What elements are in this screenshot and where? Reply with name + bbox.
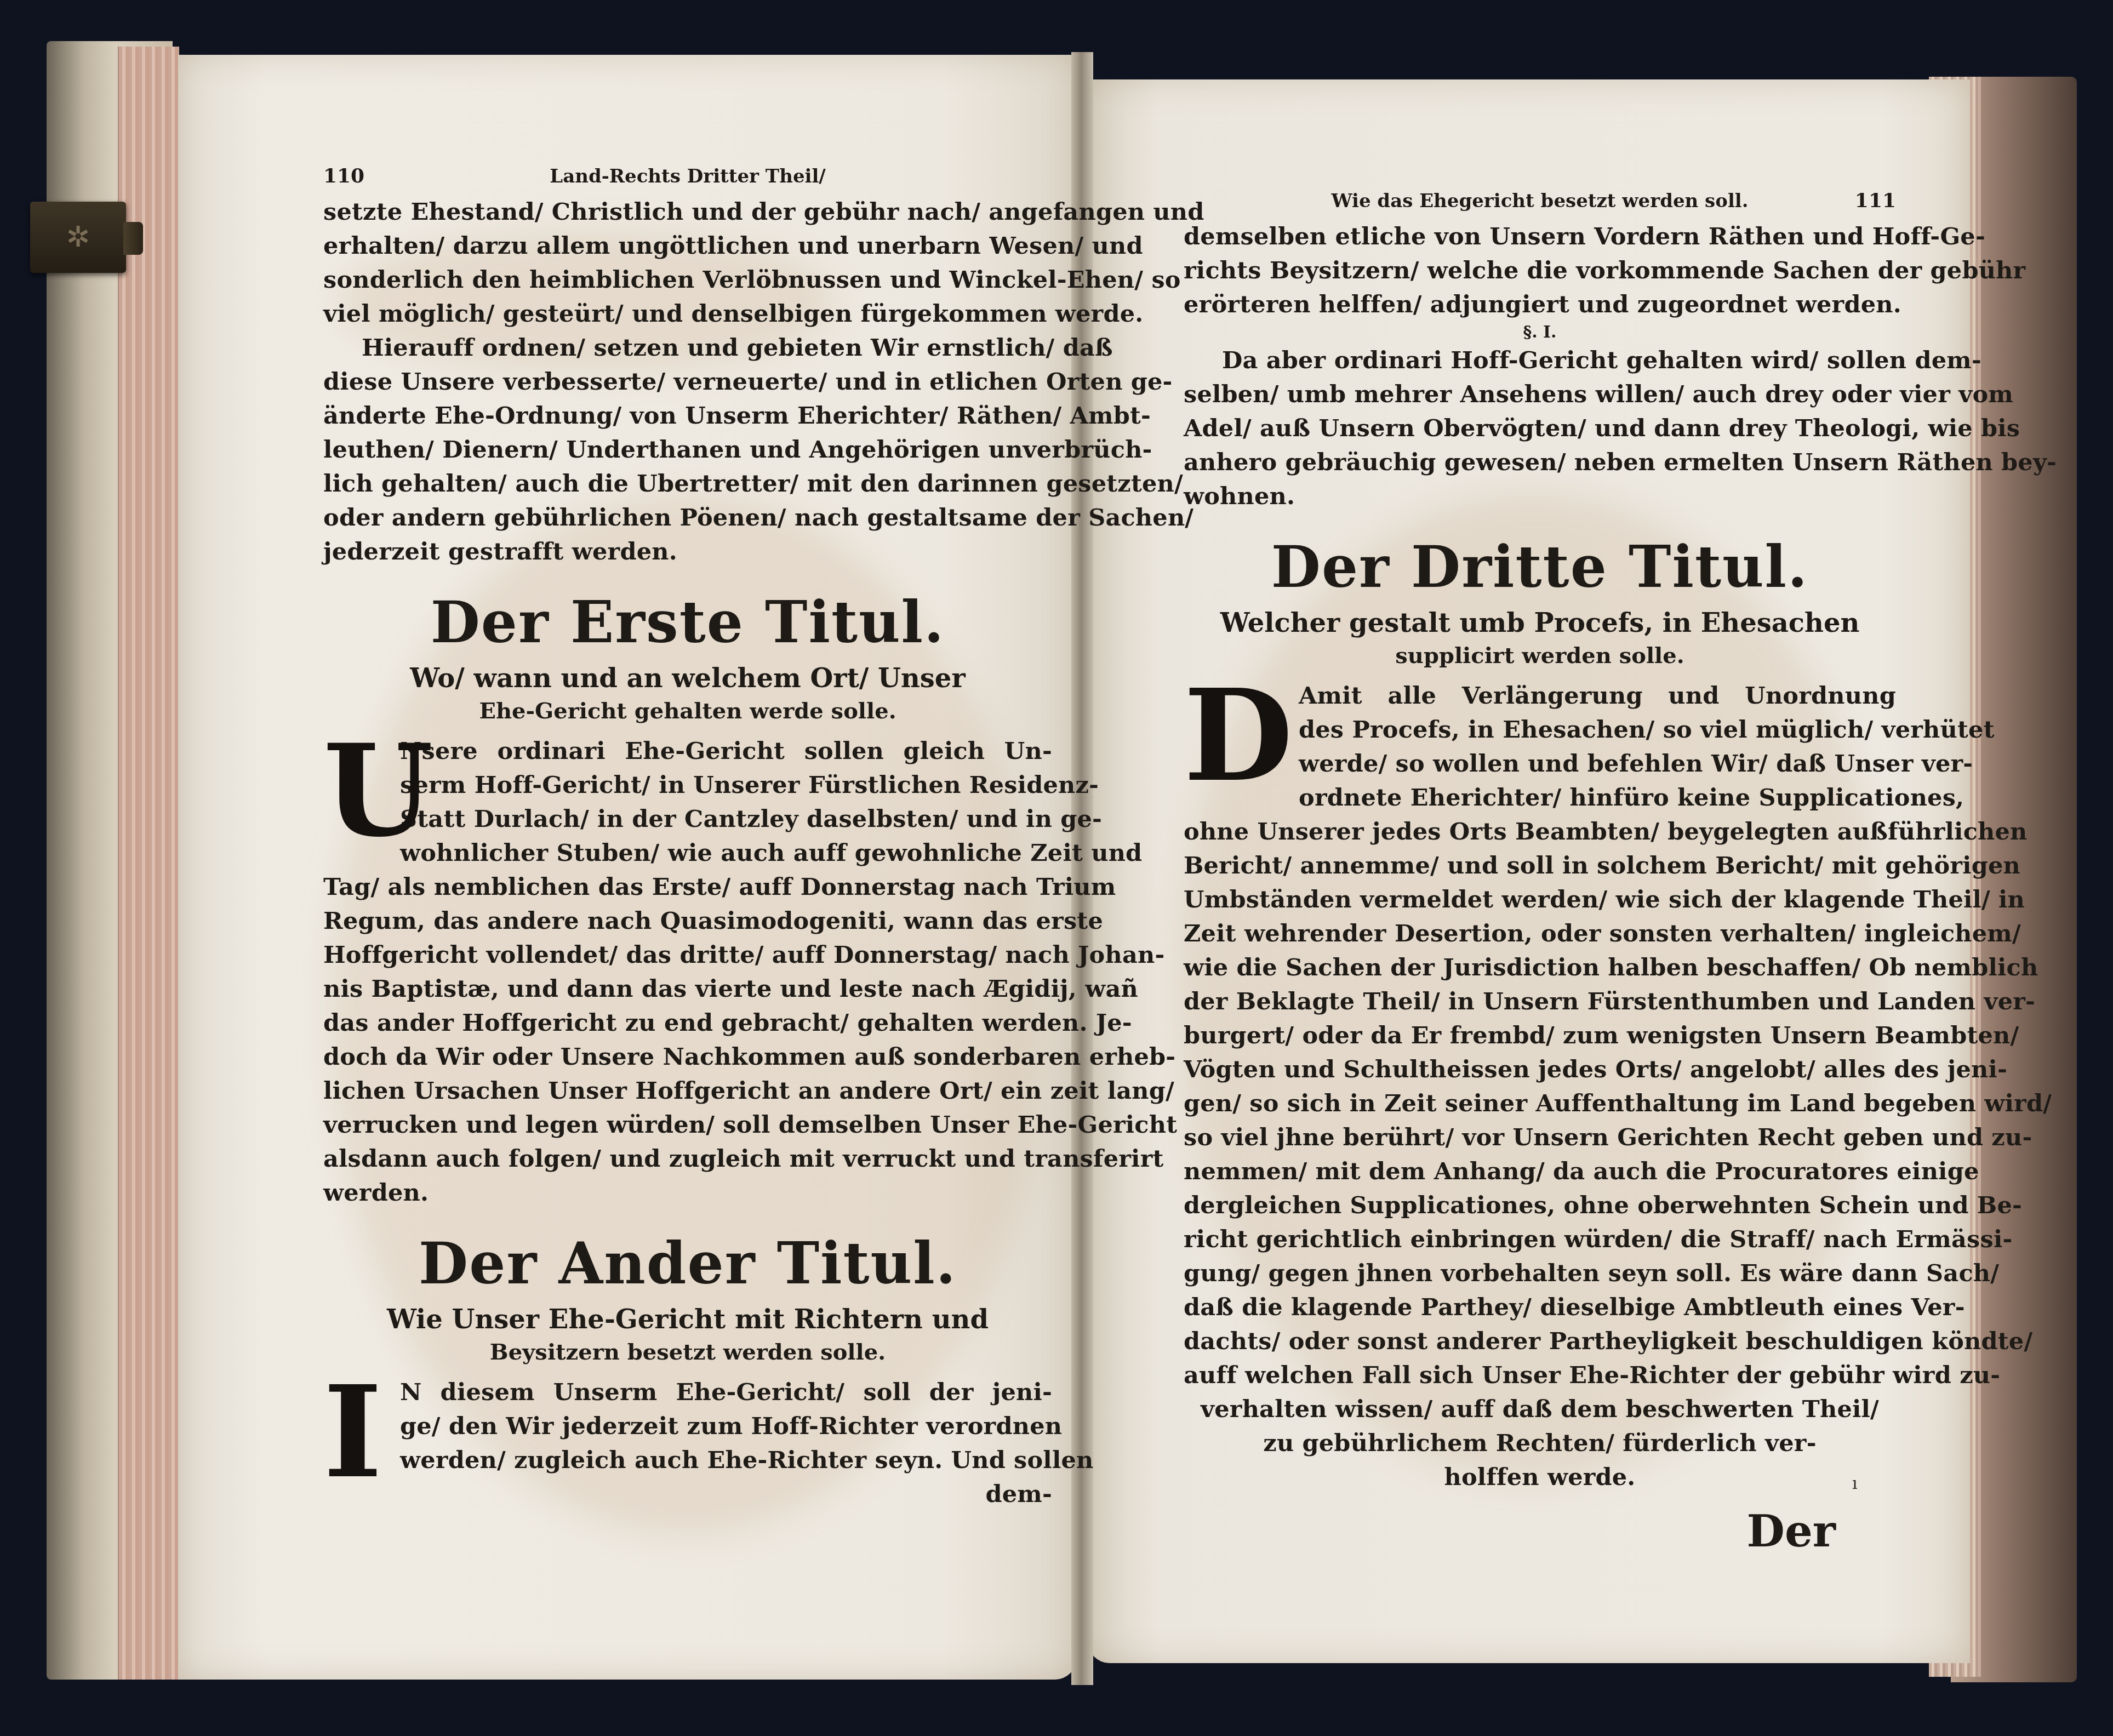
text-line: Regum, das andere nach Quasimodogeniti, … [323,904,1052,938]
text-line: Adel/ auß Unsern Obervögten/ und dann dr… [1184,412,1896,446]
drop-capital: U [323,736,433,846]
section-heading-dritte-titul: Der Dritte Titul. [1184,529,1896,606]
decree-paragraph: Hierauff ordnen/ setzen und gebieten Wir… [323,331,1052,569]
ander-titul-body: I N diesem Unserm Ehe-Gericht/ soll der … [323,1375,1052,1511]
text-line: ge/ den Wir jederzeit zum Hoff-Richter v… [323,1409,1052,1443]
section-heading-erste-titul: Der Erste Titul. [323,584,1052,661]
running-head: Wie das Ehegericht besetzt werden soll. [1225,190,1855,212]
catchword: dem- [323,1477,1052,1511]
text-line: werden. [323,1176,1052,1210]
text-line: nemmen/ mit dem Anhang/ da auch die Proc… [1184,1155,1896,1189]
text-line: Vögten und Schultheissen jedes Orts/ ang… [1184,1053,1896,1087]
page-number: 110 [323,164,364,187]
section-one-paragraph: Da aber ordinari Hoff-Gericht gehalten w… [1184,344,1896,513]
left-page-text: 110 Land-Rechts Dritter Theil/ 000 setzt… [323,164,1052,1511]
page-number: 111 [1855,189,1896,212]
text-line: dergleichen Supplicationes, ohne oberweh… [1184,1189,1896,1223]
text-line: Zeit wehrender Desertion, oder sonsten v… [1184,917,1896,951]
continuation-paragraph: demselben etliche von Unsern Vordern Rät… [1184,220,1896,322]
paragraph-mark: §. I. [1184,322,1896,344]
text-line: richt gerichtlich einbringen würden/ die… [1184,1223,1896,1257]
text-line: erhalten/ darzu allem ungöttlichen und u… [323,229,1052,263]
text-line: so viel jhne berührt/ vor Unsern Gericht… [1184,1121,1896,1155]
text-line: burgert/ oder da Er frembd/ zum wenigste… [1184,1019,1896,1053]
text-line: gen/ so sich in Zeit seiner Auffenthaltu… [1184,1087,1896,1121]
clasp-tab [123,222,143,255]
text-line: der Beklagte Theil/ in Unsern Fürstenthu… [1184,985,1896,1019]
text-line: lichen Ursachen Unser Hoffgericht an and… [323,1074,1052,1108]
dritte-titul-body: D Amit alle Verlängerung und Unordnung d… [1184,679,1896,1494]
text-line: daß die klagende Parthey/ dieselbige Amb… [1184,1290,1896,1324]
text-line: jederzeit gestrafft werden. [323,535,1052,569]
open-book-photo: ✲ 110 Land-Rechts Dritter Theil/ 000 set… [0,0,2113,1736]
section-subtitle: Wie Unser Ehe-Gericht mit Richtern und [323,1302,1052,1337]
clasp-flower-icon: ✲ [30,202,126,273]
text-line: auff welchen Fall sich Unser Ehe-Richter… [1184,1358,1896,1392]
section-subtitle: Wo/ wann und an welchem Ort/ Unser [323,661,1052,696]
section-subtitle: Welcher gestalt umb Procefs, in Ehesache… [1184,606,1896,641]
running-head: Land-Rechts Dritter Theil/ [364,165,1011,187]
catchword: Der [1184,1505,1896,1557]
text-line: demselben etliche von Unsern Vordern Rät… [1184,220,1896,254]
text-line: wie die Sachen der Jurisdiction halben b… [1184,951,1896,985]
text-line: Da aber ordinari Hoff-Gericht gehalten w… [1184,344,1896,378]
text-line: richts Beysitzern/ welche die vorkommend… [1184,254,1896,288]
text-line: holffen werde. [1184,1460,1896,1494]
section-subtitle: Beysitzern besetzt werden solle. [323,1337,1052,1368]
text-line: verrucken und legen würden/ soll demselb… [323,1108,1052,1142]
text-line: setzte Ehestand/ Christlich und der gebü… [323,195,1052,229]
text-line: Hoffgericht vollendet/ das dritte/ auff … [323,938,1052,972]
text-line: änderte Ehe-Ordnung/ von Unserm Ehericht… [323,399,1052,433]
text-line: erörteren helffen/ adjungiert und zugeor… [1184,288,1896,322]
text-line: ohne Unserer jedes Orts Beambten/ beygel… [1184,815,1896,849]
text-line: selben/ umb mehrer Ansehens willen/ auch… [1184,378,1896,412]
text-line: verhalten wissen/ auff daß dem beschwert… [1184,1392,1896,1426]
text-line: Bericht/ annemme/ und soll in solchem Be… [1184,849,1896,883]
text-line: alsdann auch folgen/ und zugleich mit ve… [323,1142,1052,1176]
right-running-header: 000 Wie das Ehegericht besetzt werden so… [1184,189,1896,212]
text-line: Umbständen vermeldet werden/ wie sich de… [1184,883,1896,917]
drop-capital: D [1184,681,1293,791]
text-line: Hierauff ordnen/ setzen und gebieten Wir… [323,331,1052,365]
text-line: wohnen. [1184,479,1896,513]
text-line: N diesem Unserm Ehe-Gericht/ soll der je… [323,1375,1052,1409]
text-line: anhero gebräuchig gewesen/ neben ermelte… [1184,446,1896,479]
left-running-header: 110 Land-Rechts Dritter Theil/ 000 [323,164,1052,187]
text-line: doch da Wir oder Unsere Nachkommen auß s… [323,1040,1052,1074]
text-line: sonderlich den heimblichen Verlöbnussen … [323,263,1052,297]
signature-mark: ı [1852,1474,1858,1493]
text-line: gung/ gegen jhnen vorbehalten seyn soll.… [1184,1257,1896,1290]
text-line: viel möglich/ gesteürt/ und denselbigen … [323,297,1052,331]
text-line: Tag/ als nemblichen das Erste/ auff Donn… [323,870,1052,904]
text-line: zu gebührlichem Rechten/ fürderlich ver- [1184,1426,1896,1460]
section-heading-ander-titul: Der Ander Titul. [323,1225,1052,1302]
text-line: dachts/ oder sonst anderer Partheyligkei… [1184,1324,1896,1358]
right-page-text: 000 Wie das Ehegericht besetzt werden so… [1184,189,1896,1557]
left-page-edges [118,47,179,1680]
text-line: das ander Hoffgericht zu end gebracht/ g… [323,1006,1052,1040]
drop-capital: I [323,1378,382,1487]
erste-titul-body: U Nsere ordinari Ehe-Gericht sollen glei… [323,734,1052,1210]
text-line: werden/ zugleich auch Ehe-Richter seyn. … [323,1443,1052,1477]
intro-paragraph: setzte Ehestand/ Christlich und der gebü… [323,195,1052,331]
text-line: oder andern gebührlichen Pöenen/ nach ge… [323,501,1052,535]
text-line: leuthen/ Dienern/ Underthanen und Angehö… [323,433,1052,467]
text-line: diese Unsere verbesserte/ verneuerte/ un… [323,365,1052,399]
text-line: lich gehalten/ auch die Ubertretter/ mit… [323,467,1052,501]
text-line: nis Baptistæ, und dann das vierte und le… [323,972,1052,1006]
